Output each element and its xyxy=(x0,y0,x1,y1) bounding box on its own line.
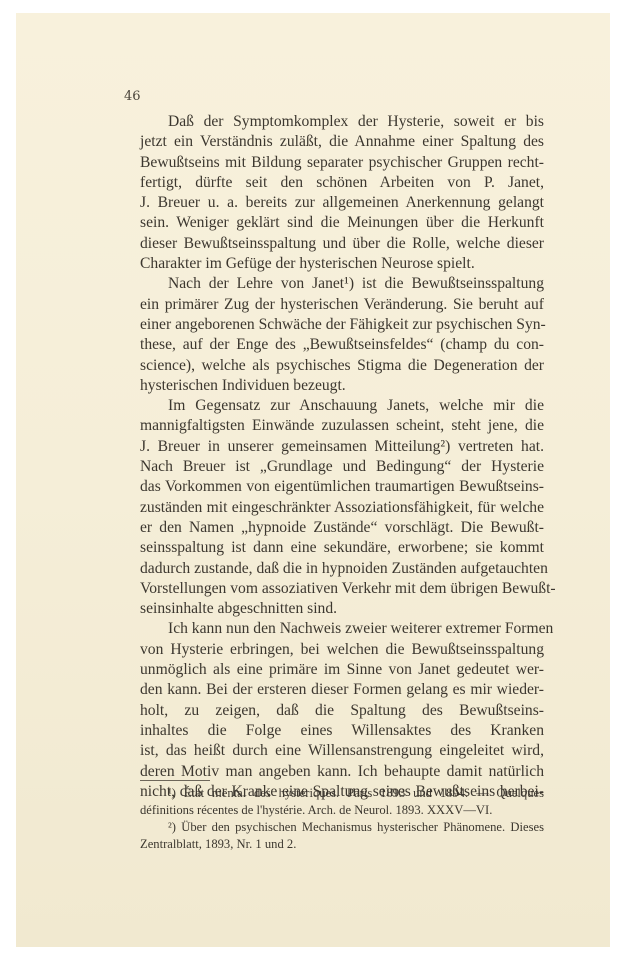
text-line: von Hysterie erbringen, bei welchen die … xyxy=(140,640,544,660)
text-line: ist, das heißt durch eine Willensanstren… xyxy=(140,741,544,761)
text-line: sein. Weniger geklärt sind die Meinungen… xyxy=(140,213,544,233)
text-line: science), welche als psychisches Stigma … xyxy=(140,356,544,376)
text-line: jetzt ein Verständnis zuläßt, die Annahm… xyxy=(140,132,544,152)
text-line: Nach Breuer ist „Grundlage und Bedingung… xyxy=(140,457,544,477)
text-line: dieser Bewußtseinsspaltung und über die … xyxy=(140,234,544,254)
text-line: J. Breuer in unserer gemeinsamen Mitteil… xyxy=(140,437,544,457)
footnotes: ¹) État mental des hystériques. Paris 18… xyxy=(140,785,544,853)
text-line: das Vorkommen von eigentümlichen traumar… xyxy=(140,477,544,497)
text-line: Im Gegensatz zur Anschauung Janets, welc… xyxy=(140,396,544,416)
text-line: these, auf der Enge des „Bewußtseinsfeld… xyxy=(140,335,544,355)
text-line: Daß der Symptomkomplex der Hysterie, sow… xyxy=(140,112,544,132)
text-line: unmöglich als eine primäre im Sinne von … xyxy=(140,660,544,680)
text-line: Bewußtseins mit Bildung separater psychi… xyxy=(140,153,544,173)
text-line: er den Namen „hypnoide Zustände“ vorschl… xyxy=(140,518,544,538)
text-line: Vorstellungen vom assoziativen Verkehr m… xyxy=(140,579,544,599)
footnote-divider xyxy=(140,780,210,781)
text-line: holt, zu zeigen, daß die Spaltung des Be… xyxy=(140,701,544,721)
text-line: seinsspaltung ist dann eine sekundäre, e… xyxy=(140,538,544,558)
text-line: einer angeborenen Schwäche der Fähigkeit… xyxy=(140,315,544,335)
footnote-2-line: ²) Über den psychischen Mechanismus hyst… xyxy=(140,819,544,836)
book-page: 46 Daß der Symptomkomplex der Hysterie, … xyxy=(16,13,610,947)
text-line: ein primärer Zug der hysterischen Veränd… xyxy=(140,295,544,315)
text-line: inhaltes die Folge eines Willensaktes de… xyxy=(140,721,544,741)
body-text: Daß der Symptomkomplex der Hysterie, sow… xyxy=(140,112,544,802)
text-line: fertigt, dürfte seit den schönen Arbeite… xyxy=(140,173,544,193)
text-line: Ich kann nun den Nachweis zweier weitere… xyxy=(140,619,544,639)
text-line: seinsinhalte abgeschnitten sind. xyxy=(140,599,544,619)
footnote-1-line: définitions récentes de l'hystérie. Arch… xyxy=(140,802,544,819)
page-number: 46 xyxy=(124,89,141,104)
text-line: deren Motiv man angeben kann. Ich behaup… xyxy=(140,762,544,782)
text-line: J. Breuer u. a. bereits zur allgemeinen … xyxy=(140,193,544,213)
footnote-1-line: ¹) État mental des hystériques. Paris 18… xyxy=(140,785,544,802)
footnote-2-line: Zentralblatt, 1893, Nr. 1 und 2. xyxy=(140,836,544,853)
text-line: mannigfaltigsten Einwände zuzulassen sch… xyxy=(140,416,544,436)
text-line: den kann. Bei der ersteren dieser Formen… xyxy=(140,680,544,700)
text-line: Charakter im Gefüge der hysterischen Neu… xyxy=(140,254,544,274)
text-line: Nach der Lehre von Janet¹) ist die Bewuß… xyxy=(140,274,544,294)
text-line: hysterischen Individuen bezeugt. xyxy=(140,376,544,396)
text-line: zuständen mit eingeschränkter Assoziatio… xyxy=(140,498,544,518)
text-line: dadurch zustande, daß die in hypnoiden Z… xyxy=(140,559,544,579)
